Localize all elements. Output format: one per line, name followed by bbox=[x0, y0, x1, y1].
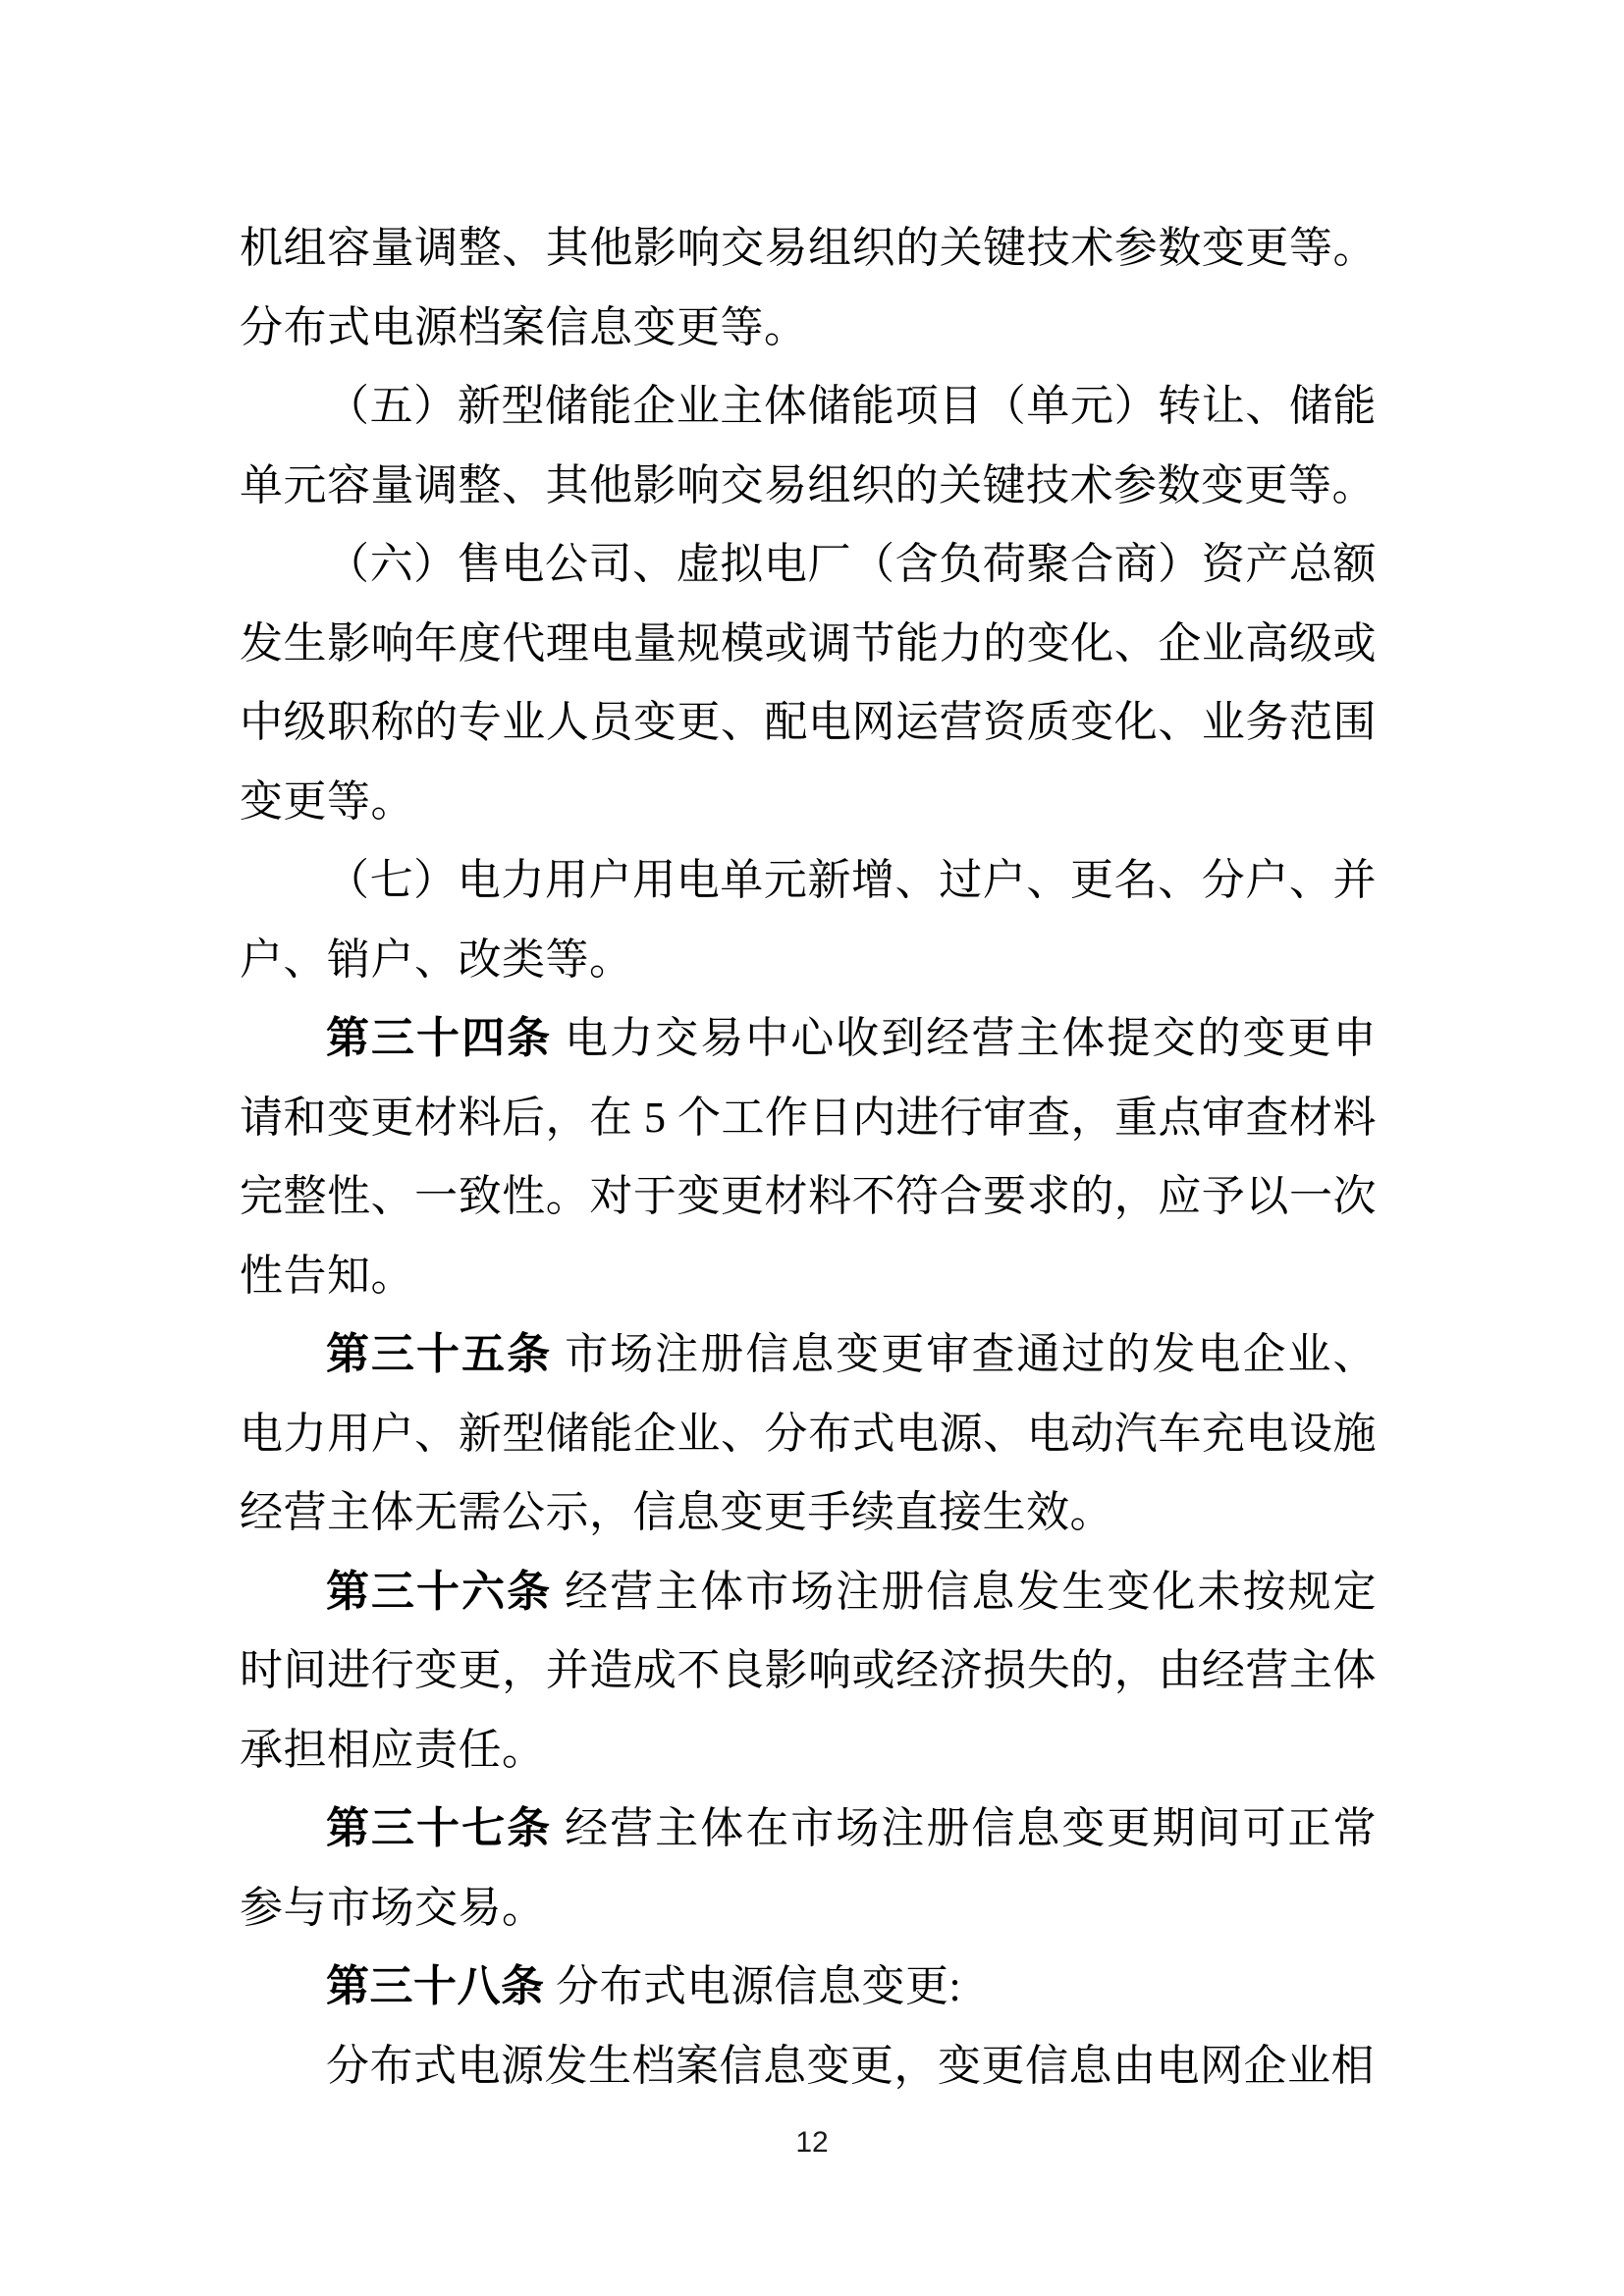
text-run: 分布式电源发生档案信息变更，变更信息由电网企业相 bbox=[326, 2042, 1375, 2090]
paragraph: 第三十四条 电力交易中心收到经营主体提交的变更申请和变更材料后，在 5 个工作日… bbox=[240, 999, 1377, 1315]
text-run: 机组容量调整、其他影响交易组织的关键技术参数变更等。分布式电源档案信息变更等。 bbox=[240, 224, 1377, 351]
paragraph: 机组容量调整、其他影响交易组织的关键技术参数变更等。分布式电源档案信息变更等。 bbox=[240, 209, 1377, 367]
paragraph: 分布式电源发生档案信息变更，变更信息由电网企业相 bbox=[240, 2027, 1377, 2107]
article-number: 第三十八条 bbox=[326, 1962, 545, 2010]
text-run: （七）电力用户用电单元新增、过户、更名、分户、并户、销户、改类等。 bbox=[240, 856, 1377, 984]
text-run: （六）售电公司、虚拟电厂（含负荷聚合商）资产总额发生影响年度代理电量规模或调节能… bbox=[240, 540, 1377, 826]
text-run: （五）新型储能企业主体储能项目（单元）转让、储能单元容量调整、其他影响交易组织的… bbox=[240, 382, 1377, 509]
article-number: 第三十七条 bbox=[326, 1804, 552, 1852]
paragraph: 第三十六条 经营主体市场注册信息发生变化未按规定时间进行变更，并造成不良影响或经… bbox=[240, 1553, 1377, 1790]
paragraph: （五）新型储能企业主体储能项目（单元）转让、储能单元容量调整、其他影响交易组织的… bbox=[240, 367, 1377, 525]
paragraph: （六）售电公司、虚拟电厂（含负荷聚合商）资产总额发生影响年度代理电量规模或调节能… bbox=[240, 525, 1377, 841]
article-number: 第三十五条 bbox=[326, 1330, 552, 1378]
page-number: 12 bbox=[0, 2123, 1624, 2163]
document-page: 机组容量调整、其他影响交易组织的关键技术参数变更等。分布式电源档案信息变更等。（… bbox=[0, 0, 1624, 2296]
article-number: 第三十六条 bbox=[326, 1568, 552, 1616]
text-block: 机组容量调整、其他影响交易组织的关键技术参数变更等。分布式电源档案信息变更等。（… bbox=[240, 209, 1377, 2106]
paragraph: 第三十八条 分布式电源信息变更: bbox=[240, 1948, 1377, 2027]
article-number: 第三十四条 bbox=[326, 1014, 552, 1062]
paragraph: （七）电力用户用电单元新增、过户、更名、分户、并户、销户、改类等。 bbox=[240, 841, 1377, 999]
paragraph: 第三十五条 市场注册信息变更审查通过的发电企业、电力用户、新型储能企业、分布式电… bbox=[240, 1315, 1377, 1553]
text-run: 分布式电源信息变更: bbox=[545, 1962, 962, 2010]
paragraph: 第三十七条 经营主体在市场注册信息变更期间可正常参与市场交易。 bbox=[240, 1789, 1377, 1948]
